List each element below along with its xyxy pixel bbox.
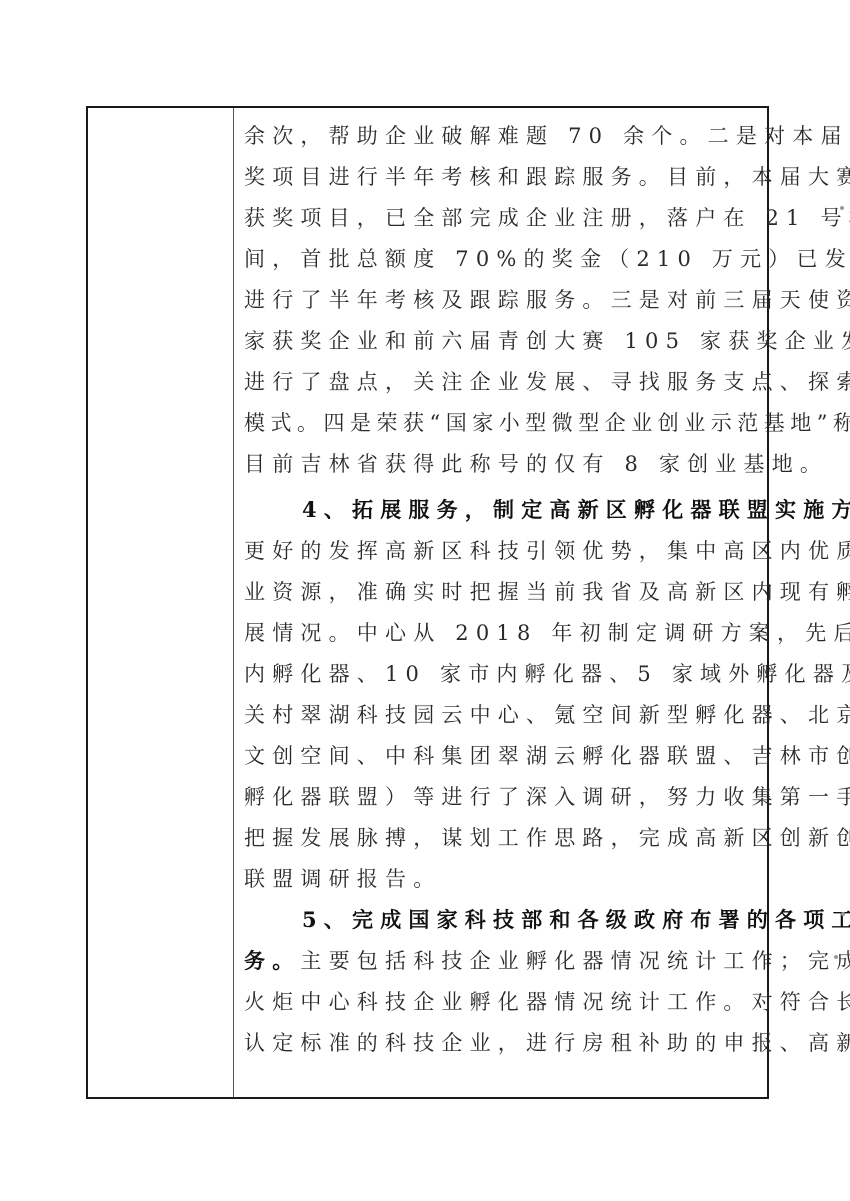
text-line: 认定标准的科技企业，进行房租补助的申报、高新区工信: [244, 1028, 764, 1058]
text-line: 文创空间、中科集团翠湖云孵化器联盟、吉林市创业中心: [244, 741, 764, 771]
text-line: 家获奖企业和前六届青创大赛 105 家获奖企业发展情况: [244, 326, 764, 356]
text-line: 内孵化器、10 家市内孵化器、5 家域外孵化器及联盟（中: [244, 659, 764, 689]
text-line: 更好的发挥高新区科技引领优势，集中高区内优质创新创: [244, 536, 764, 566]
table-label-cell: [88, 108, 234, 1097]
text-line: 火炬中心科技企业孵化器情况统计工作。对符合长春新区: [244, 987, 764, 1017]
binding-hole-mark: [841, 912, 845, 916]
document-table: 余次，帮助企业破解难题 70 余个。二是对本届青创赛获 奖项目进行半年考核和跟踪…: [86, 106, 769, 1099]
text-line: 把握发展脉搏，谋划工作思路，完成高新区创新创业孵化: [244, 823, 764, 853]
text-line: 获奖项目，已全部完成企业注册，落户在 21 号楼众创空: [244, 203, 764, 233]
section-4-heading-line: 4、拓展服务，制定高新区孵化器联盟实施方案。为: [302, 495, 772, 525]
section-5-text: 主要包括科技企业孵化器情况统计工作；完成科技部: [300, 949, 850, 973]
section-4-heading: 4、拓展服务，制定高新区孵化器联盟实施方案。: [302, 497, 850, 522]
text-line: 进行了半年考核及跟踪服务。三是对前三届天使资金 75: [244, 285, 764, 315]
section-5-heading-cont: 务。: [244, 948, 300, 973]
text-line: 展情况。中心从 2018 年初制定调研方案，先后对 33 家区: [244, 618, 764, 648]
section-5-heading-cont-line: 务。主要包括科技企业孵化器情况统计工作；完成科技部: [244, 946, 764, 976]
text-line: 余次，帮助企业破解难题 70 余个。二是对本届青创赛获: [244, 121, 764, 151]
text-line: 孵化器联盟）等进行了深入调研，努力收集第一手资料，: [244, 782, 764, 812]
text-line: 奖项目进行半年考核和跟踪服务。目前，本届大赛 29 个: [244, 162, 764, 192]
binding-hole-mark: [839, 176, 843, 180]
text-line: 目前吉林省获得此称号的仅有 8 家创业基地。: [244, 449, 764, 479]
section-5-heading: 5、完成国家科技部和各级政府布署的各项工作任: [302, 905, 822, 935]
text-line: 进行了盘点，关注企业发展、寻找服务支点、探索服务新: [244, 367, 764, 397]
binding-hole-mark: [834, 955, 838, 959]
text-line: 联盟调研报告。: [244, 864, 764, 894]
text-line: 模式。四是荣获“国家小型微型企业创业示范基地”称号，: [244, 408, 764, 438]
table-content-cell: 余次，帮助企业破解难题 70 余个。二是对本届青创赛获 奖项目进行半年考核和跟踪…: [234, 108, 767, 1097]
text-line: 业资源，准确实时把握当前我省及高新区内现有孵化器发: [244, 577, 764, 607]
text-line: 间，首批总额度 70%的奖金（210 万元）已发放完毕。并: [244, 244, 764, 274]
binding-hole-mark: [840, 206, 844, 210]
text-line: 关村翠湖科技园云中心、氪空间新型孵化器、北京 798: [244, 700, 764, 730]
